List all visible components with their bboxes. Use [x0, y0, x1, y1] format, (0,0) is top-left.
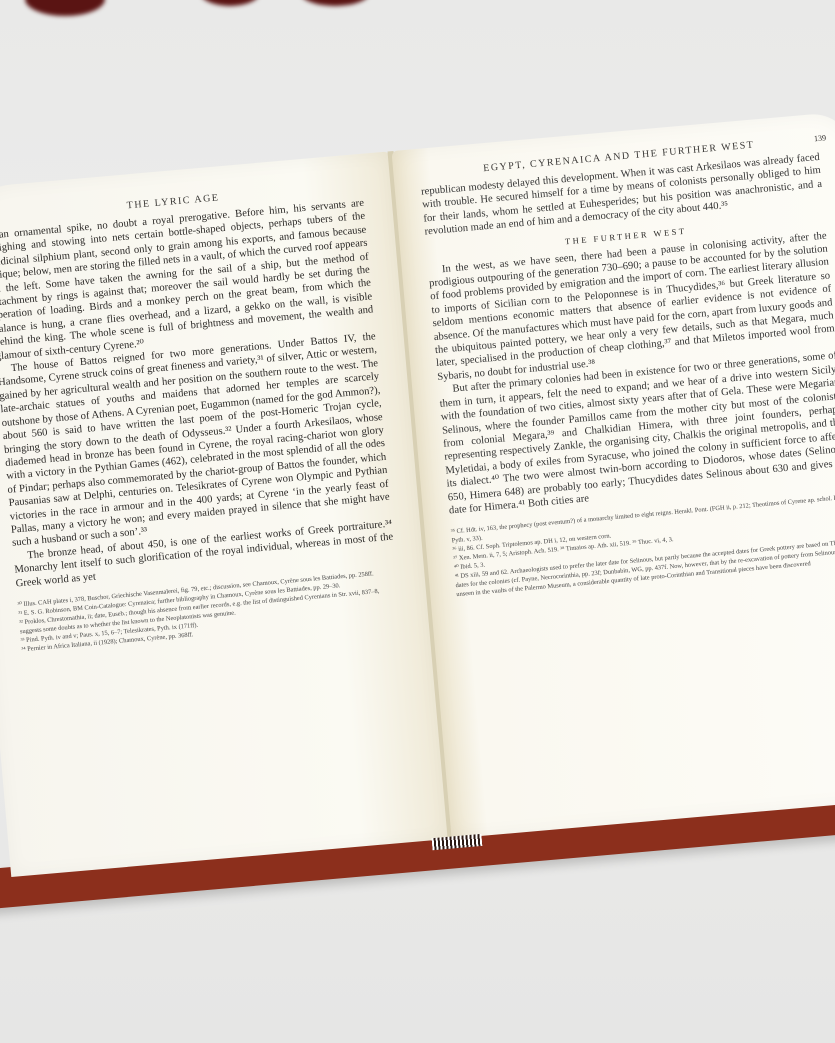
photo-scene: THE LYRIC AGE 138 to an ornamental spike… — [0, 0, 835, 1043]
paragraph: The house of Battos reigned for two more… — [0, 330, 391, 550]
right-page-number: 139 — [814, 133, 827, 143]
red-object-top-left — [25, 0, 105, 16]
left-page: THE LYRIC AGE 138 to an ornamental spike… — [0, 151, 450, 877]
red-object-top-center-2 — [300, 0, 370, 6]
right-body-text: republican modesty delayed this developm… — [421, 151, 835, 518]
open-book: THE LYRIC AGE 138 to an ornamental spike… — [0, 109, 835, 890]
red-object-top-center — [200, 0, 260, 6]
left-body-text: to an ornamental spike, no doubt a royal… — [0, 197, 395, 591]
right-page: EGYPT, CYRENAICA AND THE FURTHER WEST 13… — [391, 111, 835, 838]
